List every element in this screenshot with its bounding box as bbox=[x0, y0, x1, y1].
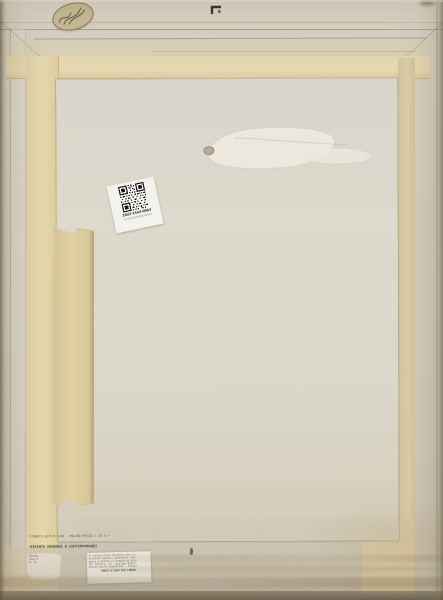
frame-right-shadow bbox=[436, 0, 443, 600]
frame-top-highlight bbox=[0, 0, 443, 2]
pencil-line-top bbox=[34, 37, 426, 39]
water-stain bbox=[207, 123, 336, 172]
stain-streak bbox=[100, 565, 443, 573]
typed-inventory-title: DIPINTI MODERNI E CONTEMPORANEI bbox=[30, 544, 97, 549]
qr-code-icon bbox=[118, 182, 149, 213]
fragment-label-text: MOSTRA SALA 4 N. 12 bbox=[29, 555, 44, 564]
gummed-tape-top bbox=[6, 56, 430, 79]
artwork-back-photo: 2022-1443-0003 CATALOGAZIONE OPERE FINAR… bbox=[0, 0, 443, 600]
dark-speck bbox=[190, 548, 193, 555]
gummed-tape-right bbox=[398, 58, 415, 556]
water-stain-tail bbox=[304, 149, 370, 165]
board-seam-line-left bbox=[10, 29, 11, 600]
stain-dot bbox=[203, 146, 214, 155]
stain-streak bbox=[55, 555, 443, 562]
torn-tape-strip bbox=[50, 228, 94, 506]
paper-sheet-verso bbox=[56, 77, 399, 541]
frame-bottom-shadow bbox=[0, 591, 443, 600]
hook-mark-icon bbox=[210, 5, 223, 15]
qr-inventory-sticker: 2022-1443-0003 CATALOGAZIONE OPERE bbox=[107, 177, 164, 234]
frame-left-shadow bbox=[0, 0, 6, 600]
board-pale-strip bbox=[11, 29, 26, 574]
stain-streak bbox=[0, 577, 443, 587]
